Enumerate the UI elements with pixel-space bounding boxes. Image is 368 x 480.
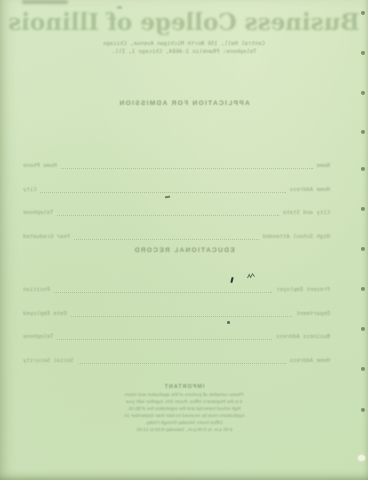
footer-line: Please complete all portions of this app… bbox=[86, 392, 282, 399]
punch-hole bbox=[361, 287, 365, 291]
ink-mark-dot bbox=[227, 321, 230, 324]
scanned-page: Business College of Illinois Central Hal… bbox=[0, 0, 368, 480]
scan-speck bbox=[117, 6, 122, 9]
row-right-label: Telephone bbox=[23, 210, 53, 216]
section1-heading: APPLICATION FOR ADMISSION bbox=[0, 100, 368, 107]
footer-heading: IMPORTANT bbox=[86, 384, 282, 390]
footer-line: 9:00 a.m. to 5:00 p.m., Saturday 9:00 to… bbox=[86, 427, 282, 434]
footer-line: high school transcript and the registrat… bbox=[86, 406, 282, 413]
dotted-fill-line bbox=[61, 167, 313, 169]
dotted-fill-line bbox=[54, 291, 272, 293]
punch-hole bbox=[361, 247, 365, 251]
footer-block: IMPORTANT Please complete all portions o… bbox=[86, 384, 282, 433]
dotted-fill-line bbox=[57, 338, 272, 340]
footer-line: Office hours: Monday through Friday, bbox=[86, 420, 282, 427]
dotted-fill-line bbox=[74, 238, 258, 240]
punch-hole bbox=[361, 207, 365, 211]
dotted-fill-line bbox=[78, 362, 286, 364]
row-right-label: City bbox=[23, 187, 36, 193]
college-title: Business College of Illinois bbox=[0, 9, 368, 36]
row-left-label: City and State bbox=[283, 210, 330, 216]
row-left-label: Business Address bbox=[276, 334, 330, 340]
row-right-label: Date Employed bbox=[23, 311, 67, 317]
section2-form-rows: Present EmployerPositionDepartmentDate E… bbox=[23, 270, 330, 364]
punch-hole bbox=[361, 327, 365, 331]
row-left-label: Home Address bbox=[290, 358, 330, 364]
ink-mark-scribble bbox=[247, 273, 256, 280]
row-left-label: High School Attended bbox=[263, 234, 330, 240]
white-punch-hole bbox=[358, 455, 365, 461]
section2-heading: EDUCATIONAL RECORD bbox=[0, 247, 368, 254]
row-right-label: Home Phone bbox=[23, 163, 57, 169]
dotted-fill-line bbox=[57, 214, 279, 216]
row-right-label: Year Graduated bbox=[23, 234, 70, 240]
punch-hole bbox=[361, 91, 365, 95]
row-right-label: Telephone bbox=[23, 334, 53, 340]
section1-form-rows: NameHome PhoneHome AddressCityCity and S… bbox=[23, 146, 330, 240]
row-right-label: Social Security bbox=[23, 358, 74, 364]
form-row: NameHome Phone bbox=[23, 146, 330, 169]
punch-hole bbox=[361, 167, 365, 171]
row-left-label: Home Address bbox=[290, 187, 330, 193]
row-left-label: Name bbox=[317, 163, 330, 169]
row-left-label: Department bbox=[296, 311, 330, 317]
form-row: DepartmentDate Employed bbox=[23, 293, 330, 316]
punch-hole bbox=[361, 11, 365, 15]
footer-line: it to the Registrar's Office, Room 204, … bbox=[86, 399, 282, 406]
green-paper-sheet: Business College of Illinois Central Hal… bbox=[0, 0, 368, 480]
row-right-label: Position bbox=[23, 287, 50, 293]
form-row: Home AddressCity bbox=[23, 169, 330, 192]
dotted-fill-line bbox=[40, 191, 285, 193]
scan-smudge bbox=[22, 0, 68, 4]
form-row: Home AddressSocial Security bbox=[23, 340, 330, 363]
footer-lines: Please complete all portions of this app… bbox=[86, 392, 282, 433]
punch-hole bbox=[361, 130, 365, 134]
address-line-2: Telephone: FRanklin 2-4684, Chicago 1, I… bbox=[0, 49, 368, 55]
dotted-fill-line bbox=[71, 315, 293, 317]
punch-hole bbox=[361, 51, 365, 55]
form-row: Business AddressTelephone bbox=[23, 317, 330, 340]
row-left-label: Present Employer bbox=[276, 287, 330, 293]
form-row: City and StateTelephone bbox=[23, 193, 330, 216]
punch-hole bbox=[361, 367, 365, 371]
footer-line: Applications must be received no later t… bbox=[86, 413, 282, 420]
form-row: Present EmployerPosition bbox=[23, 270, 330, 293]
address-line-1: Central Hall, 156 North Michigan Avenue,… bbox=[0, 41, 368, 47]
mirrored-bleedthrough-content: Business College of Illinois Central Hal… bbox=[0, 0, 368, 480]
form-row: High School AttendedYear Graduated bbox=[23, 216, 330, 239]
punch-hole bbox=[361, 408, 365, 412]
